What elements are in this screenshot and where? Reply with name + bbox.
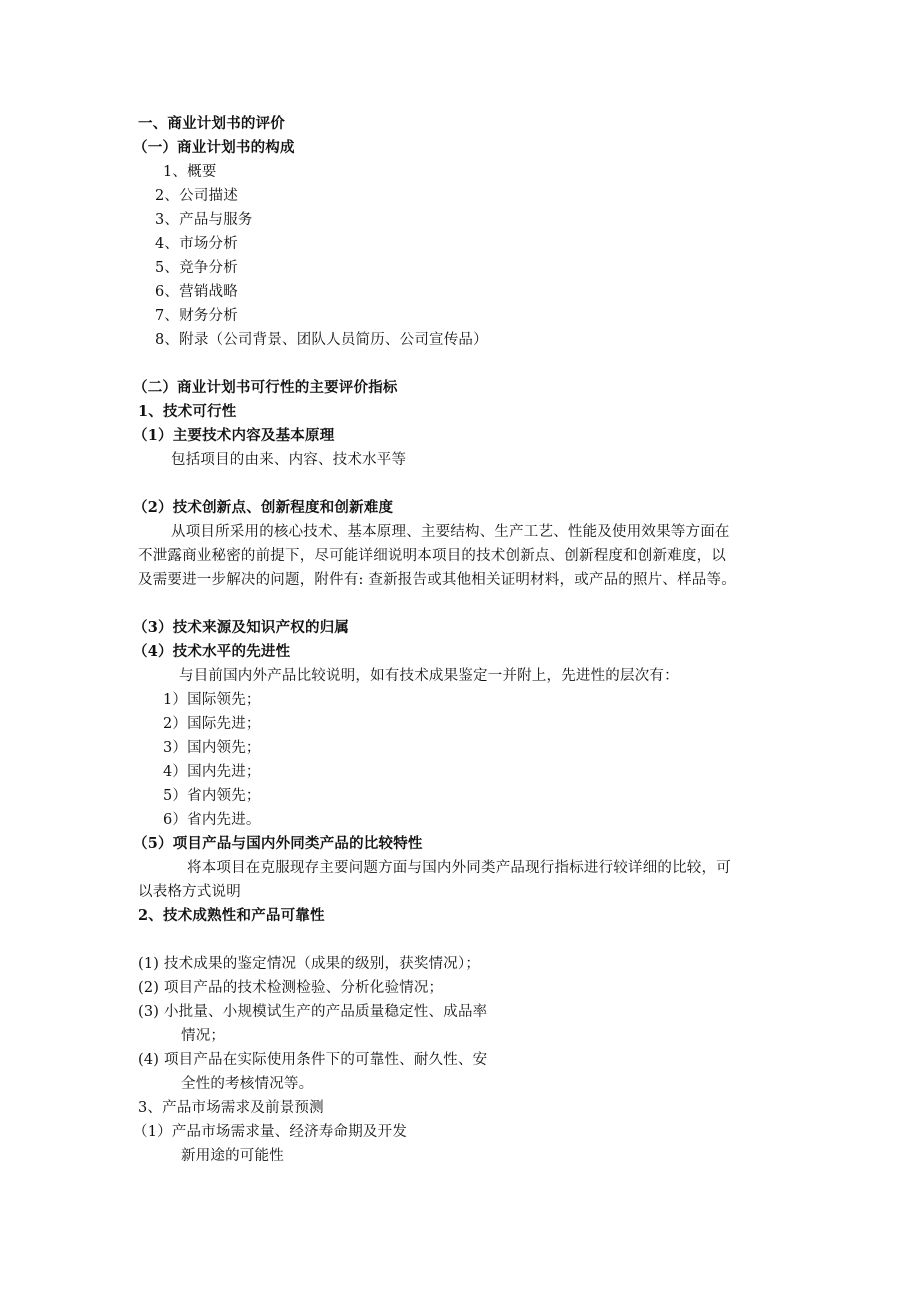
advancement-level-2: 2）国际先进； (163, 714, 261, 734)
maturity-item-2-num: (2) (138, 980, 159, 996)
composition-item-7: 7、财务分析 (155, 306, 238, 326)
innovation-line-2: 不泄露商业秘密的前提下，尽可能详细说明本项目的技术创新点、创新程度和创新难度，以 (138, 546, 726, 566)
innovation-line-1: 从项目所采用的核心技术、基本原理、主要结构、生产工艺、性能及使用效果等方面在 (171, 522, 730, 542)
advancement-level-4: 4）国内先进； (163, 762, 261, 782)
comparison-line-2: 以表格方式说明 (138, 882, 241, 902)
composition-item-6: 6、营销战略 (155, 282, 238, 302)
maturity-item-4-cont: 全性的考核情况等。 (181, 1074, 313, 1094)
maturity-item-1-text: 技术成果的鉴定情况（成果的级别，获奖情况）； (164, 956, 480, 972)
composition-item-5: 5、竞争分析 (155, 258, 238, 278)
heading-composition: （一）商业计划书的构成 (133, 138, 295, 158)
subheading-comparison: （5）项目产品与国内外同类产品的比较特性 (133, 834, 423, 854)
advancement-level-3: 3）国内领先； (163, 738, 261, 758)
maturity-item-3-num: (3) (138, 1004, 159, 1020)
maturity-item-4-num: (4) (138, 1052, 159, 1068)
heading-maturity-reliability: 2、技术成熟性和产品可靠性 (138, 906, 325, 926)
subheading-advancement: （4）技术水平的先进性 (133, 642, 290, 662)
heading-evaluation: 一、商业计划书的评价 (138, 114, 285, 134)
subheading-innovation: （2）技术创新点、创新程度和创新难度 (133, 498, 393, 518)
maturity-item-3: (3) 小批量、小规模试生产的产品质量稳定性、成品率 (138, 1002, 487, 1022)
comparison-line-1: 将本项目在克服现存主要问题方面与国内外同类产品现行指标进行较详细的比较，可 (187, 858, 731, 878)
advancement-level-1: 1）国际领先； (163, 690, 261, 710)
document-page: 一、商业计划书的评价 （一）商业计划书的构成 1、概要 2、公司描述 3、产品与… (0, 0, 920, 1302)
composition-item-2: 2、公司描述 (155, 186, 238, 206)
maturity-item-2-text: 项目产品的技术检测检验、分析化验情况； (164, 980, 443, 996)
heading-market-demand: 3、产品市场需求及前景预测 (138, 1098, 324, 1118)
market-sub1-line-2: 新用途的可能性 (181, 1146, 284, 1166)
innovation-line-3: 及需要进一步解决的问题，附件有: 查新报告或其他相关证明材料，或产品的照片、样品… (138, 570, 736, 590)
composition-item-3: 3、产品与服务 (155, 210, 253, 230)
main-tech-body: 包括项目的由来、内容、技术水平等 (171, 450, 406, 470)
maturity-item-4: (4) 项目产品在实际使用条件下的可靠性、耐久性、安 (138, 1050, 487, 1070)
maturity-item-3-text: 小批量、小规模试生产的产品质量稳定性、成品率 (164, 1004, 487, 1020)
composition-item-4: 4、市场分析 (155, 234, 238, 254)
composition-item-8: 8、附录（公司背景、团队人员简历、公司宣传品） (155, 330, 488, 350)
maturity-item-4-text: 项目产品在实际使用条件下的可靠性、耐久性、安 (164, 1052, 487, 1068)
maturity-item-1: (1) 技术成果的鉴定情况（成果的级别，获奖情况）； (138, 954, 480, 974)
composition-item-1: 1、概要 (163, 162, 217, 182)
subheading-tech-source: （3）技术来源及知识产权的归属 (133, 618, 349, 638)
maturity-item-2: (2) 项目产品的技术检测检验、分析化验情况； (138, 978, 443, 998)
maturity-item-1-num: (1) (138, 956, 159, 972)
subheading-main-tech: （1）主要技术内容及基本原理 (133, 426, 334, 446)
heading-technical-feasibility: 1、技术可行性 (138, 402, 237, 422)
advancement-level-5: 5）省内领先； (163, 786, 261, 806)
heading-feasibility-indicators: （二）商业计划书可行性的主要评价指标 (133, 378, 398, 398)
maturity-item-3-cont: 情况； (181, 1026, 225, 1046)
advancement-level-6: 6）省内先进。 (163, 810, 261, 830)
advancement-intro: 与目前国内外产品比较说明，如有技术成果鉴定一并附上，先进性的层次有： (179, 666, 679, 686)
market-sub1-line-1: （1）产品市场需求量、经济寿命期及开发 (133, 1122, 407, 1142)
